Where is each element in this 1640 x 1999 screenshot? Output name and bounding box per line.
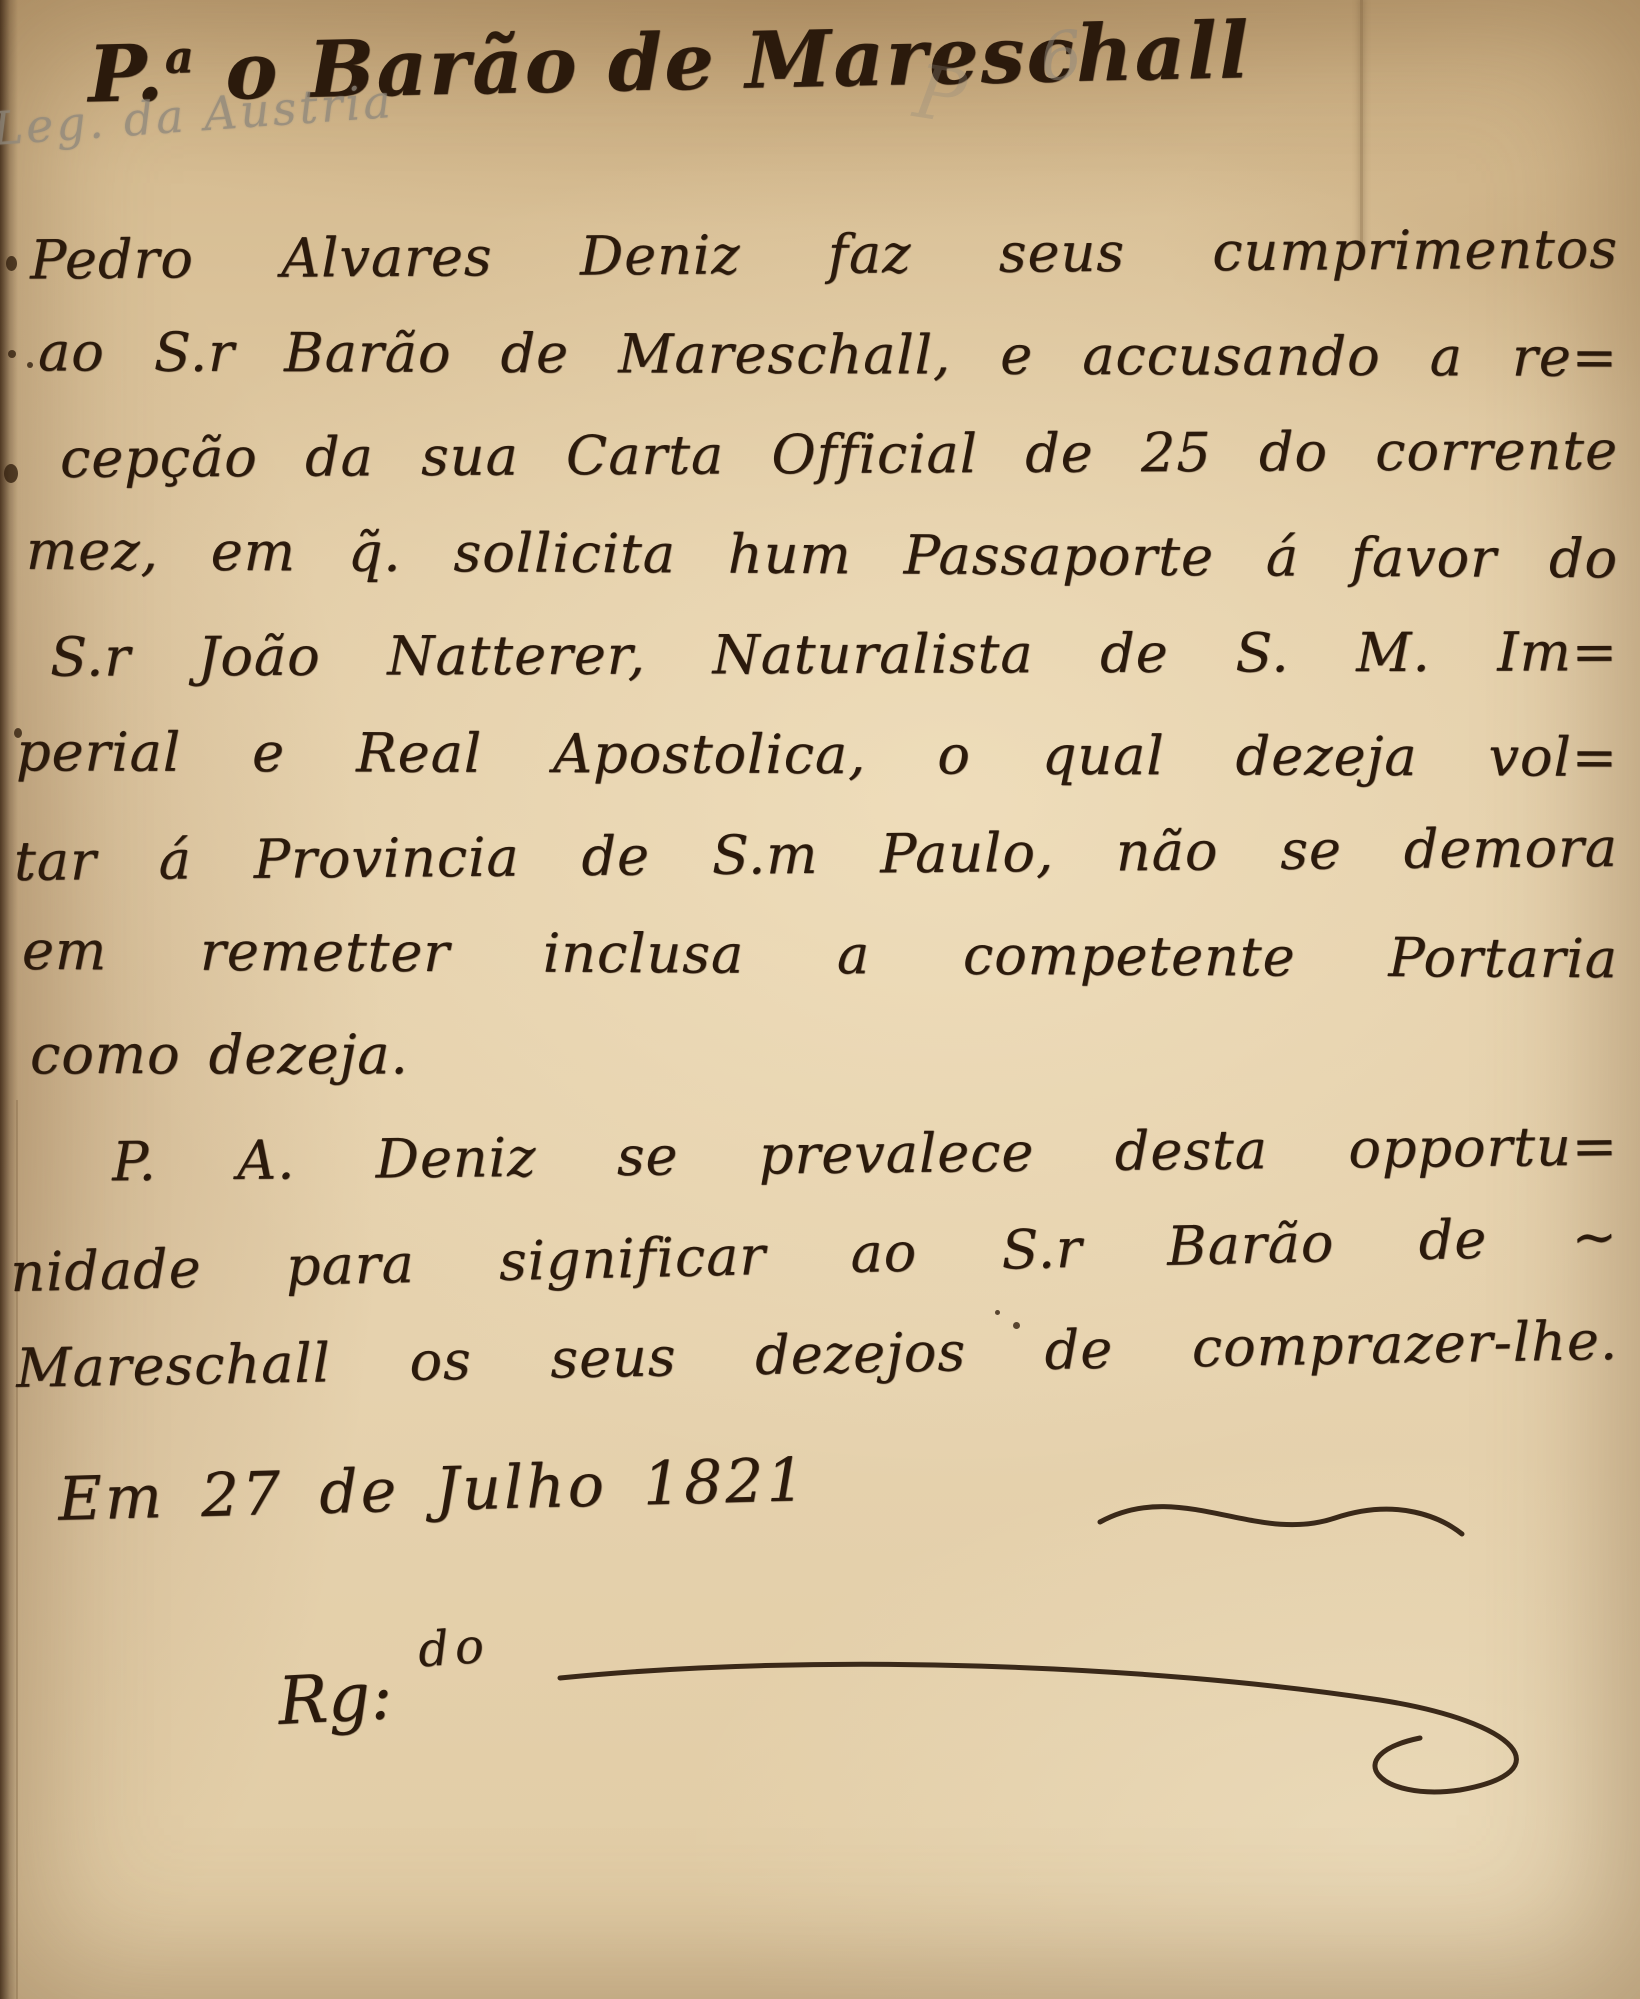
do-swash-stroke [560,1664,1516,1792]
pencil-corner-scribble: 6 [1036,16,1082,97]
heading-prefix-superscript: a [164,30,196,84]
closing-flourish-text: do [416,1618,491,1679]
date-swash-stroke [1100,1507,1462,1534]
ink-speck [27,362,33,368]
letter-body: Pedro Alvares Deniz faz seus cumprimento… [0,205,1640,1405]
date-line: Em 27 de Julho 1821 [57,1445,808,1535]
ink-speck [1013,1322,1020,1329]
ink-speck [14,728,22,738]
ink-speck [8,350,16,358]
manuscript-line: ao S.r Barão de Mareschall, e accusando … [0,302,1618,408]
manuscript-line: como dezeja. [0,1005,1618,1105]
manuscript-line: tar á Provincia de S.m Paulo, não se dem… [0,798,1618,912]
registry-mark: Rg: [276,1657,394,1740]
ink-speck [995,1310,1000,1315]
manuscript-line: em remetter inclusa a competente Portari… [0,901,1618,1009]
manuscript-line: S.r João Natterer, Naturalista de S. M. … [0,602,1618,708]
manuscript-page: P.a o Barão de Mareschall Leg. da Austri… [0,0,1640,1999]
ink-speck [6,256,17,271]
manuscript-line: Pedro Alvares Deniz faz seus cumprimento… [0,199,1618,310]
manuscript-line: perial e Real Apostolica, o qual dezeja … [0,702,1618,808]
ink-speck [4,464,18,483]
manuscript-line: cepção da sua Carta Official de 25 do co… [0,401,1618,509]
manuscript-line: mez, em q̃. sollicita hum Passaporte á f… [0,501,1618,609]
